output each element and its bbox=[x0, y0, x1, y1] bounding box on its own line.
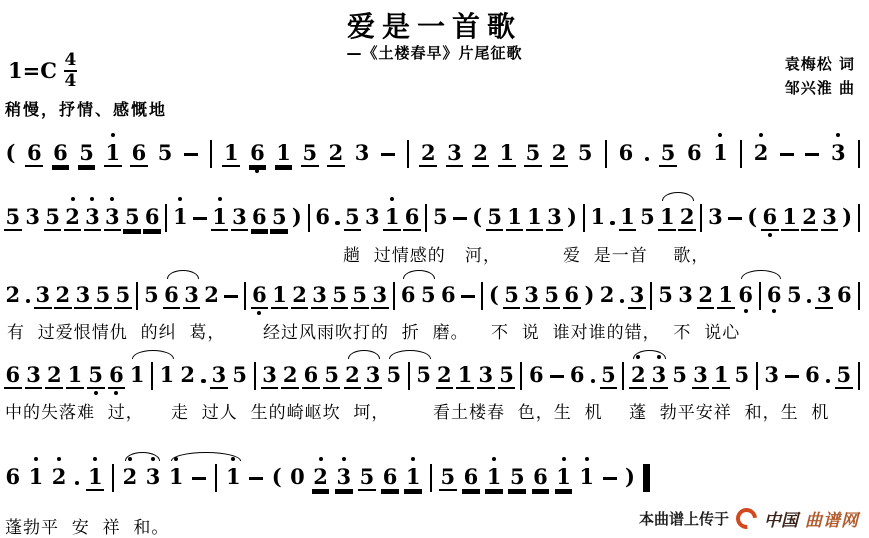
note-number: 2 bbox=[552, 141, 567, 165]
dot-below-slot bbox=[60, 309, 66, 317]
dot-above-slot bbox=[492, 195, 498, 203]
note: 5 bbox=[143, 273, 161, 315]
dot-below-slot bbox=[509, 309, 515, 317]
dot-above-slot bbox=[177, 195, 183, 203]
dot-below-slot bbox=[349, 231, 355, 239]
glyph-slot: 5 bbox=[576, 139, 594, 165]
dot-below-slot bbox=[100, 309, 106, 317]
dot-above-slot bbox=[333, 131, 339, 139]
dot-below-slot bbox=[605, 389, 611, 397]
note: 1 bbox=[271, 273, 289, 317]
note: 3 bbox=[335, 455, 353, 499]
duration-dash bbox=[248, 455, 265, 497]
glyph-slot: 3 bbox=[546, 203, 564, 231]
barline-mark bbox=[254, 362, 256, 390]
glyph-slot: 6 bbox=[4, 361, 22, 389]
dot-below-slot bbox=[349, 389, 355, 397]
note: 1 bbox=[128, 353, 146, 395]
lyric-segment: 经过风雨吹打的 折 磨。 bbox=[263, 318, 469, 343]
dash-mark bbox=[780, 153, 794, 157]
dot-below-slot bbox=[604, 307, 610, 315]
dot-below-slot bbox=[531, 231, 537, 239]
glyph-slot: ) bbox=[583, 281, 596, 307]
note: 5 bbox=[508, 455, 526, 499]
note-number: 2 bbox=[180, 363, 195, 387]
dot-below-slot bbox=[236, 231, 242, 239]
dot-below-slot bbox=[228, 167, 234, 175]
parenthesis: ( bbox=[746, 195, 759, 237]
note: 5 bbox=[78, 131, 96, 175]
dot-above-slot bbox=[604, 273, 610, 281]
dot-above-slot bbox=[703, 273, 709, 281]
augmentation-dot bbox=[73, 455, 81, 497]
site-name-primary[interactable]: 中国 bbox=[764, 506, 798, 531]
dot-below-slot bbox=[504, 167, 510, 175]
barline-mark bbox=[759, 282, 761, 310]
barline-mark bbox=[215, 464, 217, 492]
dot-below-slot bbox=[723, 309, 729, 317]
aug-dot-mark bbox=[610, 221, 615, 226]
note-number: 3 bbox=[708, 205, 723, 229]
glyph-slot: 6 bbox=[685, 139, 703, 165]
dot-below-slot bbox=[584, 489, 590, 497]
dot-below-slot bbox=[308, 389, 314, 397]
glyph-slot: 2 bbox=[752, 139, 770, 165]
octave-dot-below bbox=[94, 391, 98, 395]
dot-above-slot bbox=[425, 131, 431, 139]
dot-below-slot bbox=[7, 165, 13, 173]
note-number: 2 bbox=[600, 283, 615, 307]
glyph-slot: 1 bbox=[211, 203, 229, 231]
note-number: 1 bbox=[713, 141, 728, 165]
note-number: 2 bbox=[6, 283, 21, 307]
dot-below-slot bbox=[359, 165, 365, 173]
barline bbox=[163, 195, 169, 237]
note-number: 6 bbox=[687, 141, 702, 165]
note-number: 2 bbox=[345, 363, 360, 387]
dot-below-slot bbox=[732, 229, 738, 237]
dot-below-slot bbox=[483, 389, 489, 397]
note: 3 bbox=[523, 273, 541, 317]
dot-above-slot bbox=[787, 195, 793, 203]
dot-below-slot bbox=[136, 167, 142, 175]
dot-above-slot bbox=[717, 131, 723, 139]
dot-below-slot bbox=[739, 387, 745, 395]
barline bbox=[391, 273, 397, 315]
dot-above-slot bbox=[162, 131, 168, 139]
note-number: 5 bbox=[836, 363, 851, 387]
note: 3 bbox=[311, 273, 329, 317]
note: 1 bbox=[619, 195, 637, 239]
note-number: 5 bbox=[578, 141, 593, 165]
glyph-slot bbox=[424, 203, 429, 229]
glyph-slot: 5 bbox=[87, 361, 105, 389]
octave-dot-below bbox=[114, 391, 118, 395]
dot-above-slot bbox=[551, 195, 557, 203]
note-number: 1 bbox=[620, 205, 635, 229]
glyph-slot: 6 bbox=[163, 281, 181, 309]
glyph-slot bbox=[406, 361, 411, 387]
octave-dot-above bbox=[71, 197, 75, 201]
dot-below-slot bbox=[57, 167, 63, 175]
dot-below-slot bbox=[809, 165, 815, 173]
dot-below-slot bbox=[504, 389, 510, 397]
glyph-slot: 2 bbox=[121, 463, 139, 489]
note: 2 bbox=[344, 353, 362, 397]
note-number: 1 bbox=[212, 205, 227, 229]
glyph-slot bbox=[778, 139, 795, 165]
dot-below-slot bbox=[841, 389, 847, 397]
dot-above-slot bbox=[512, 195, 518, 203]
note: 3 bbox=[231, 195, 249, 239]
dot-below-slot bbox=[474, 229, 480, 237]
dot-above-slot bbox=[644, 131, 650, 139]
note: 1 bbox=[27, 455, 45, 497]
dot-below-slot bbox=[712, 229, 718, 237]
dash-mark bbox=[192, 477, 206, 481]
duration-dash bbox=[223, 273, 240, 315]
glyph-slot: 6 bbox=[251, 281, 269, 309]
dot-below-slot bbox=[196, 489, 202, 497]
glyph-slot: 6 bbox=[532, 463, 550, 491]
note-number: 6 bbox=[145, 205, 160, 229]
dot-below-slot bbox=[149, 231, 155, 239]
note: 1 bbox=[404, 455, 422, 499]
dot-above-slot bbox=[561, 455, 567, 463]
glyph-slot: 2 bbox=[281, 361, 299, 389]
glyph-slot: 3 bbox=[353, 139, 371, 165]
dot-above-slot bbox=[624, 195, 630, 203]
octave-dot-above bbox=[111, 133, 115, 137]
note-number: 0 bbox=[290, 465, 305, 489]
note: 5 bbox=[498, 353, 516, 397]
glyph-slot: 6 bbox=[563, 281, 581, 309]
dot-below-slot bbox=[457, 229, 463, 237]
dot-below-slot bbox=[445, 491, 451, 499]
dot-below-slot bbox=[10, 231, 16, 239]
dot-above-slot bbox=[25, 273, 31, 281]
glyph-slot bbox=[618, 281, 626, 307]
glyph-slot: 5 bbox=[385, 361, 403, 387]
dot-above-slot bbox=[256, 195, 262, 203]
dot-above-slot bbox=[844, 195, 850, 203]
music-system-1: (6651651615232321525656123 bbox=[3, 124, 863, 175]
slur-tie-arc bbox=[171, 452, 242, 461]
note-number: 6 bbox=[533, 465, 548, 489]
dot-below-slot bbox=[586, 307, 592, 315]
dash-mark bbox=[184, 153, 198, 157]
paren-glyph: ( bbox=[472, 204, 482, 229]
glyph-slot bbox=[405, 139, 410, 165]
glyph-slot: 2 bbox=[436, 361, 454, 389]
dot-above-slot bbox=[712, 195, 718, 203]
dot-below-slot bbox=[561, 491, 567, 499]
note-number: 6 bbox=[304, 363, 319, 387]
aug-dot-mark bbox=[26, 299, 31, 304]
dot-below-slot bbox=[385, 165, 391, 173]
glyph-slot: 5 bbox=[4, 203, 22, 231]
glyph-slot bbox=[699, 203, 704, 229]
glyph-slot: ( bbox=[4, 139, 17, 165]
glyph-slot: ( bbox=[471, 203, 484, 229]
octave-dot-above bbox=[110, 197, 114, 201]
parenthesis: ( bbox=[4, 131, 17, 173]
dot-below-slot bbox=[703, 309, 709, 317]
note-number: 5 bbox=[387, 363, 402, 387]
glyph-slot: 5 bbox=[657, 281, 675, 307]
dot-above-slot bbox=[254, 131, 260, 139]
dot-below-slot bbox=[254, 167, 260, 175]
glyph-slot: 5 bbox=[351, 281, 369, 309]
dot-below-slot bbox=[451, 167, 457, 175]
glyph-slot bbox=[164, 203, 169, 229]
note-number: 3 bbox=[146, 465, 161, 489]
glyph-slot bbox=[621, 361, 626, 387]
glyph-slot: 5 bbox=[331, 281, 349, 309]
note: 1 bbox=[712, 353, 730, 397]
dot-below-slot bbox=[518, 387, 524, 395]
dot-below-slot bbox=[31, 167, 37, 175]
note: 2 bbox=[629, 353, 647, 397]
parenthesis: ) bbox=[624, 455, 637, 497]
dot-below-slot bbox=[445, 307, 451, 315]
dot-above-slot bbox=[739, 353, 745, 361]
dot-above-slot bbox=[504, 353, 510, 361]
dot-above-slot bbox=[479, 273, 485, 281]
parenthesis: ( bbox=[270, 455, 283, 497]
glyph-slot: 6 bbox=[528, 361, 546, 387]
glyph-slot: 5 bbox=[785, 281, 803, 307]
note-number: 5 bbox=[302, 141, 317, 165]
slur-tie-arc bbox=[389, 350, 432, 359]
dot-above-slot bbox=[767, 195, 773, 203]
glyph-slot bbox=[110, 463, 115, 489]
music-system-3: 23235556326123553656(5356)23532166536有 过… bbox=[3, 266, 863, 317]
note: 6 bbox=[25, 131, 43, 175]
glyph-slot: 5 bbox=[143, 281, 161, 307]
dot-above-slot bbox=[623, 131, 629, 139]
dot-above-slot bbox=[451, 131, 457, 139]
glyph-slot bbox=[856, 139, 861, 165]
barline-mark bbox=[740, 140, 742, 168]
note: 1 bbox=[211, 195, 229, 239]
dot-below-slot bbox=[208, 165, 214, 173]
lyric-segment: 不 说 谁对谁的错， 不 说心 bbox=[491, 318, 740, 343]
dot-above-slot bbox=[663, 273, 669, 281]
note-number: 3 bbox=[817, 283, 832, 307]
dot-above-slot bbox=[364, 455, 370, 463]
note-number: 3 bbox=[447, 141, 462, 165]
dot-below-slot bbox=[294, 229, 300, 237]
dot-below-slot bbox=[856, 229, 862, 237]
slur-tie-arc bbox=[662, 192, 695, 201]
dot-above-slot bbox=[308, 353, 314, 361]
note-number: 1 bbox=[29, 465, 44, 489]
glyph-slot: 3 bbox=[692, 361, 710, 389]
note: 1 bbox=[578, 455, 596, 497]
note: 5 bbox=[524, 131, 542, 175]
dot-above-slot bbox=[758, 131, 764, 139]
dot-below-slot bbox=[465, 307, 471, 315]
glyph-slot bbox=[738, 139, 743, 165]
note: 2 bbox=[121, 455, 139, 497]
glyph-slot: 1 bbox=[158, 361, 176, 387]
note-number: 3 bbox=[184, 283, 199, 307]
glyph-slot bbox=[805, 281, 813, 307]
glyph-slot: 3 bbox=[24, 203, 42, 229]
dot-below-slot bbox=[468, 491, 474, 499]
note: 6 bbox=[528, 353, 546, 395]
lyric-segment: 看土楼春 色，生 机 bbox=[433, 398, 603, 423]
glyph-slot bbox=[601, 463, 618, 489]
glyph-slot: 5 bbox=[415, 361, 433, 387]
dot-above-slot bbox=[93, 353, 99, 361]
glyph-slot: 1 bbox=[86, 463, 104, 491]
note-number: 5 bbox=[45, 205, 60, 229]
dot-above-slot bbox=[10, 195, 16, 203]
duration-dash bbox=[784, 353, 801, 395]
note: 1 bbox=[172, 195, 190, 237]
glyph-slot bbox=[306, 203, 311, 229]
note: 3 bbox=[371, 273, 389, 317]
dot-below-slot bbox=[841, 307, 847, 315]
dot-above-slot bbox=[294, 455, 300, 463]
barline bbox=[603, 131, 609, 173]
note: 5 bbox=[657, 273, 675, 315]
glyph-slot bbox=[391, 281, 396, 307]
dot-below-slot bbox=[437, 229, 443, 237]
note-number: 1 bbox=[160, 363, 175, 387]
dot-below-slot bbox=[554, 387, 560, 395]
note-number: 2 bbox=[754, 141, 769, 165]
note-number: 1 bbox=[527, 205, 542, 229]
note: 1 bbox=[589, 195, 607, 237]
dot-above-slot bbox=[634, 273, 640, 281]
dot-below-slot bbox=[809, 387, 815, 395]
note: 1 bbox=[222, 131, 240, 175]
dot-below-slot bbox=[738, 165, 744, 173]
note: 5 bbox=[486, 195, 504, 239]
barline bbox=[406, 353, 412, 395]
lyrics-row: 趟 过情感的 河，爱 是一首 歌， bbox=[3, 241, 863, 263]
dot-above-slot bbox=[317, 273, 323, 281]
dot-above-slot bbox=[237, 353, 243, 361]
parenthesis: ( bbox=[487, 273, 500, 315]
note-number: 5 bbox=[601, 363, 616, 387]
dot-above-slot bbox=[385, 131, 391, 139]
dot-above-slot bbox=[769, 353, 775, 361]
dot-above-slot bbox=[554, 353, 560, 361]
dot-below-slot bbox=[491, 307, 497, 315]
glyph-slot: 6 bbox=[765, 281, 783, 307]
dot-below-slot bbox=[256, 231, 262, 239]
note-number: 5 bbox=[232, 363, 247, 387]
dash-mark bbox=[805, 153, 819, 157]
dot-below-slot bbox=[150, 489, 156, 497]
note: 2 bbox=[678, 195, 696, 239]
dot-above-slot bbox=[329, 353, 335, 361]
dot-below-slot bbox=[230, 489, 236, 497]
glyph-slot: 5 bbox=[78, 139, 96, 167]
glyph-slot: 6 bbox=[617, 139, 635, 165]
dot-above-slot bbox=[281, 131, 287, 139]
barline-mark bbox=[165, 204, 167, 232]
qupu-site-logo-icon[interactable] bbox=[732, 504, 762, 534]
note: 2 bbox=[281, 353, 299, 397]
note: 3 bbox=[25, 353, 43, 397]
barline-mark bbox=[622, 362, 624, 390]
note: 1 bbox=[781, 195, 799, 239]
dot-above-slot bbox=[437, 195, 443, 203]
dot-above-slot bbox=[208, 131, 214, 139]
glyph-slot: ) bbox=[841, 203, 854, 229]
note-number: 5 bbox=[324, 363, 339, 387]
glyph-slot: 1 bbox=[498, 139, 516, 167]
barline bbox=[757, 273, 763, 315]
note: 1 bbox=[383, 195, 401, 239]
glyph-slot bbox=[248, 463, 265, 489]
note-number: 1 bbox=[385, 205, 400, 229]
note-number: 3 bbox=[372, 283, 387, 307]
glyph-slot: 1 bbox=[167, 463, 185, 489]
dot-below-slot bbox=[10, 489, 16, 497]
dot-above-slot bbox=[341, 455, 347, 463]
site-name-secondary[interactable]: 曲谱网 bbox=[805, 506, 859, 531]
dot-above-slot bbox=[821, 273, 827, 281]
augmentation-dot bbox=[643, 131, 651, 173]
glyph-slot: 2 bbox=[291, 281, 309, 309]
octave-dot-below bbox=[744, 309, 748, 313]
note: 5 bbox=[419, 273, 437, 315]
dot-above-slot bbox=[465, 273, 471, 281]
glyph-slot: 1 bbox=[485, 463, 503, 491]
dot-above-slot bbox=[185, 353, 191, 361]
note: 2 bbox=[419, 131, 437, 175]
dot-below-slot bbox=[677, 387, 683, 395]
dot-above-slot bbox=[603, 131, 609, 139]
dot-above-slot bbox=[569, 273, 575, 281]
dot-above-slot bbox=[306, 195, 312, 203]
glyph-slot: 5 bbox=[431, 203, 449, 229]
dot-below-slot bbox=[683, 307, 689, 315]
glyph-slot bbox=[460, 281, 477, 307]
dot-above-slot bbox=[60, 273, 66, 281]
note-number: 1 bbox=[556, 465, 571, 489]
dot-below-slot bbox=[189, 309, 195, 317]
notes-row: (6651651615232321525656123 bbox=[3, 131, 863, 175]
note: 1 bbox=[485, 455, 503, 499]
dot-below-slot bbox=[127, 489, 133, 497]
glyph-slot bbox=[214, 463, 219, 489]
note-number: 6 bbox=[315, 205, 330, 229]
glyph-slot bbox=[804, 139, 821, 165]
dot-below-slot bbox=[197, 229, 203, 237]
aug-dot-mark bbox=[826, 379, 831, 384]
barline bbox=[518, 353, 524, 395]
note: 2 bbox=[45, 353, 63, 397]
dot-above-slot bbox=[856, 195, 862, 203]
dot-below-slot bbox=[93, 389, 99, 397]
dot-above-slot bbox=[10, 455, 16, 463]
note-number: 6 bbox=[6, 465, 21, 489]
lyrics-row: 有 过爱恨情仇 的纠 葛，经过风雨吹打的 折 磨。不 说 谁对谁的错， 不 说心 bbox=[3, 318, 863, 340]
dot-above-slot bbox=[607, 455, 613, 463]
slur-tie-arc bbox=[403, 270, 436, 279]
barline-mark bbox=[425, 204, 427, 232]
octave-dot-below bbox=[257, 311, 261, 315]
glyph-slot bbox=[548, 361, 565, 387]
parenthesis: ) bbox=[583, 273, 596, 315]
